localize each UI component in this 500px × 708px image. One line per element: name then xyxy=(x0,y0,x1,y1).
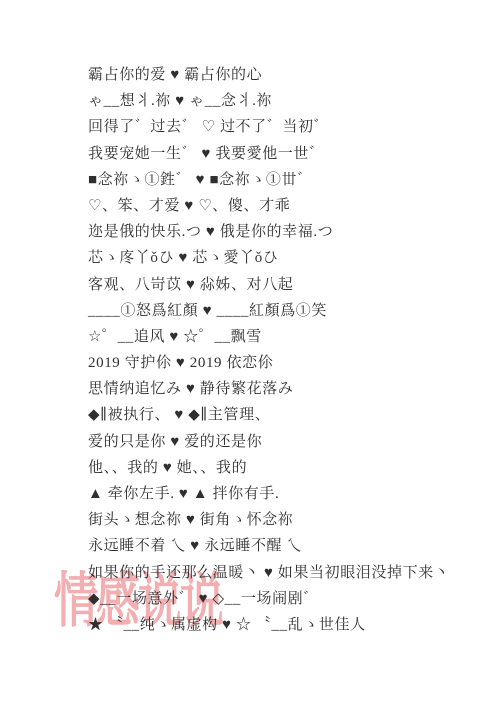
nickname-pair-line: 永远睡不着 乀 ♥ 永远睡不醒 乀 xyxy=(88,533,480,559)
nickname-pair-line: 迩是俄的快乐.つ ♥ 俄是你的幸福.つ xyxy=(88,219,480,245)
nickname-pair-line: 我要宠她一生゛ ♥ 我要愛他一世゛ xyxy=(88,141,480,167)
nickname-pair-line: ◆∥被执行、 ♥ ◆∥主管理、 xyxy=(88,402,480,428)
nickname-pair-line: 霸占你的爱 ♥ 霸占你的心 xyxy=(88,62,480,88)
nickname-pair-line: 回得了゛过去゛ ♡ 过不了゛当初゛ xyxy=(88,114,480,140)
nickname-pair-line: 如果你的手还那么温暖丶 ♥ 如果当初眼泪没掉下来丶 xyxy=(88,560,480,586)
nickname-pair-line: ゃ__想丬.祢 ♥ ゃ__念丬.祢 xyxy=(88,88,480,114)
nickname-pair-line: ▲ 牵你左手. ♥ ▲ 拌你有手. xyxy=(88,481,480,507)
nickname-pair-line: ◆__一场意外゛ ♥ ◇__一场闹剧゛ xyxy=(88,586,480,612)
nickname-pair-line: ★ 〝__纯ゝ属虚构 ♥ ☆ 〝__乱ゝ世佳人 xyxy=(88,612,480,638)
article-page: 情感说说 霸占你的爱 ♥ 霸占你的心ゃ__想丬.祢 ♥ ゃ__念丬.祢回得了゛过… xyxy=(0,0,500,708)
nickname-pair-line: 客观、八岢苡 ♥ 尛姊、对八起 xyxy=(88,272,480,298)
nickname-pair-line: ☆゜__追风 ♥ ☆゜__飘雪 xyxy=(88,324,480,350)
nickname-pair-line: 街头ゝ想念祢 ♥ 街角ゝ怀念祢 xyxy=(88,507,480,533)
nickname-list: 霸占你的爱 ♥ 霸占你的心ゃ__想丬.祢 ♥ ゃ__念丬.祢回得了゛过去゛ ♡ … xyxy=(0,0,500,638)
nickname-pair-line: 2019 守护伱 ♥ 2019 依恋伱 xyxy=(88,350,480,376)
nickname-pair-line: 他、、我的 ♥ 她、、我的 xyxy=(88,455,480,481)
nickname-pair-line: ____①怒爲紅顏 ♥ ____紅顏爲①笑 xyxy=(88,298,480,324)
nickname-pair-line: 爱的只是你 ♥ 爱的还是你 xyxy=(88,429,480,455)
nickname-pair-line: 芯ゝ庝丫ǒひ ♥ 芯ゝ愛丫ǒひ xyxy=(88,245,480,271)
nickname-pair-line: ■念祢ゝ①鉎゛ ♥ ■念祢ゝ①丗゛ xyxy=(88,167,480,193)
nickname-pair-line: 思情纳追忆み ♥ 静待繁花落み xyxy=(88,376,480,402)
nickname-pair-line: ♡、笨、才爱 ♥ ♡、傻、才乖 xyxy=(88,193,480,219)
